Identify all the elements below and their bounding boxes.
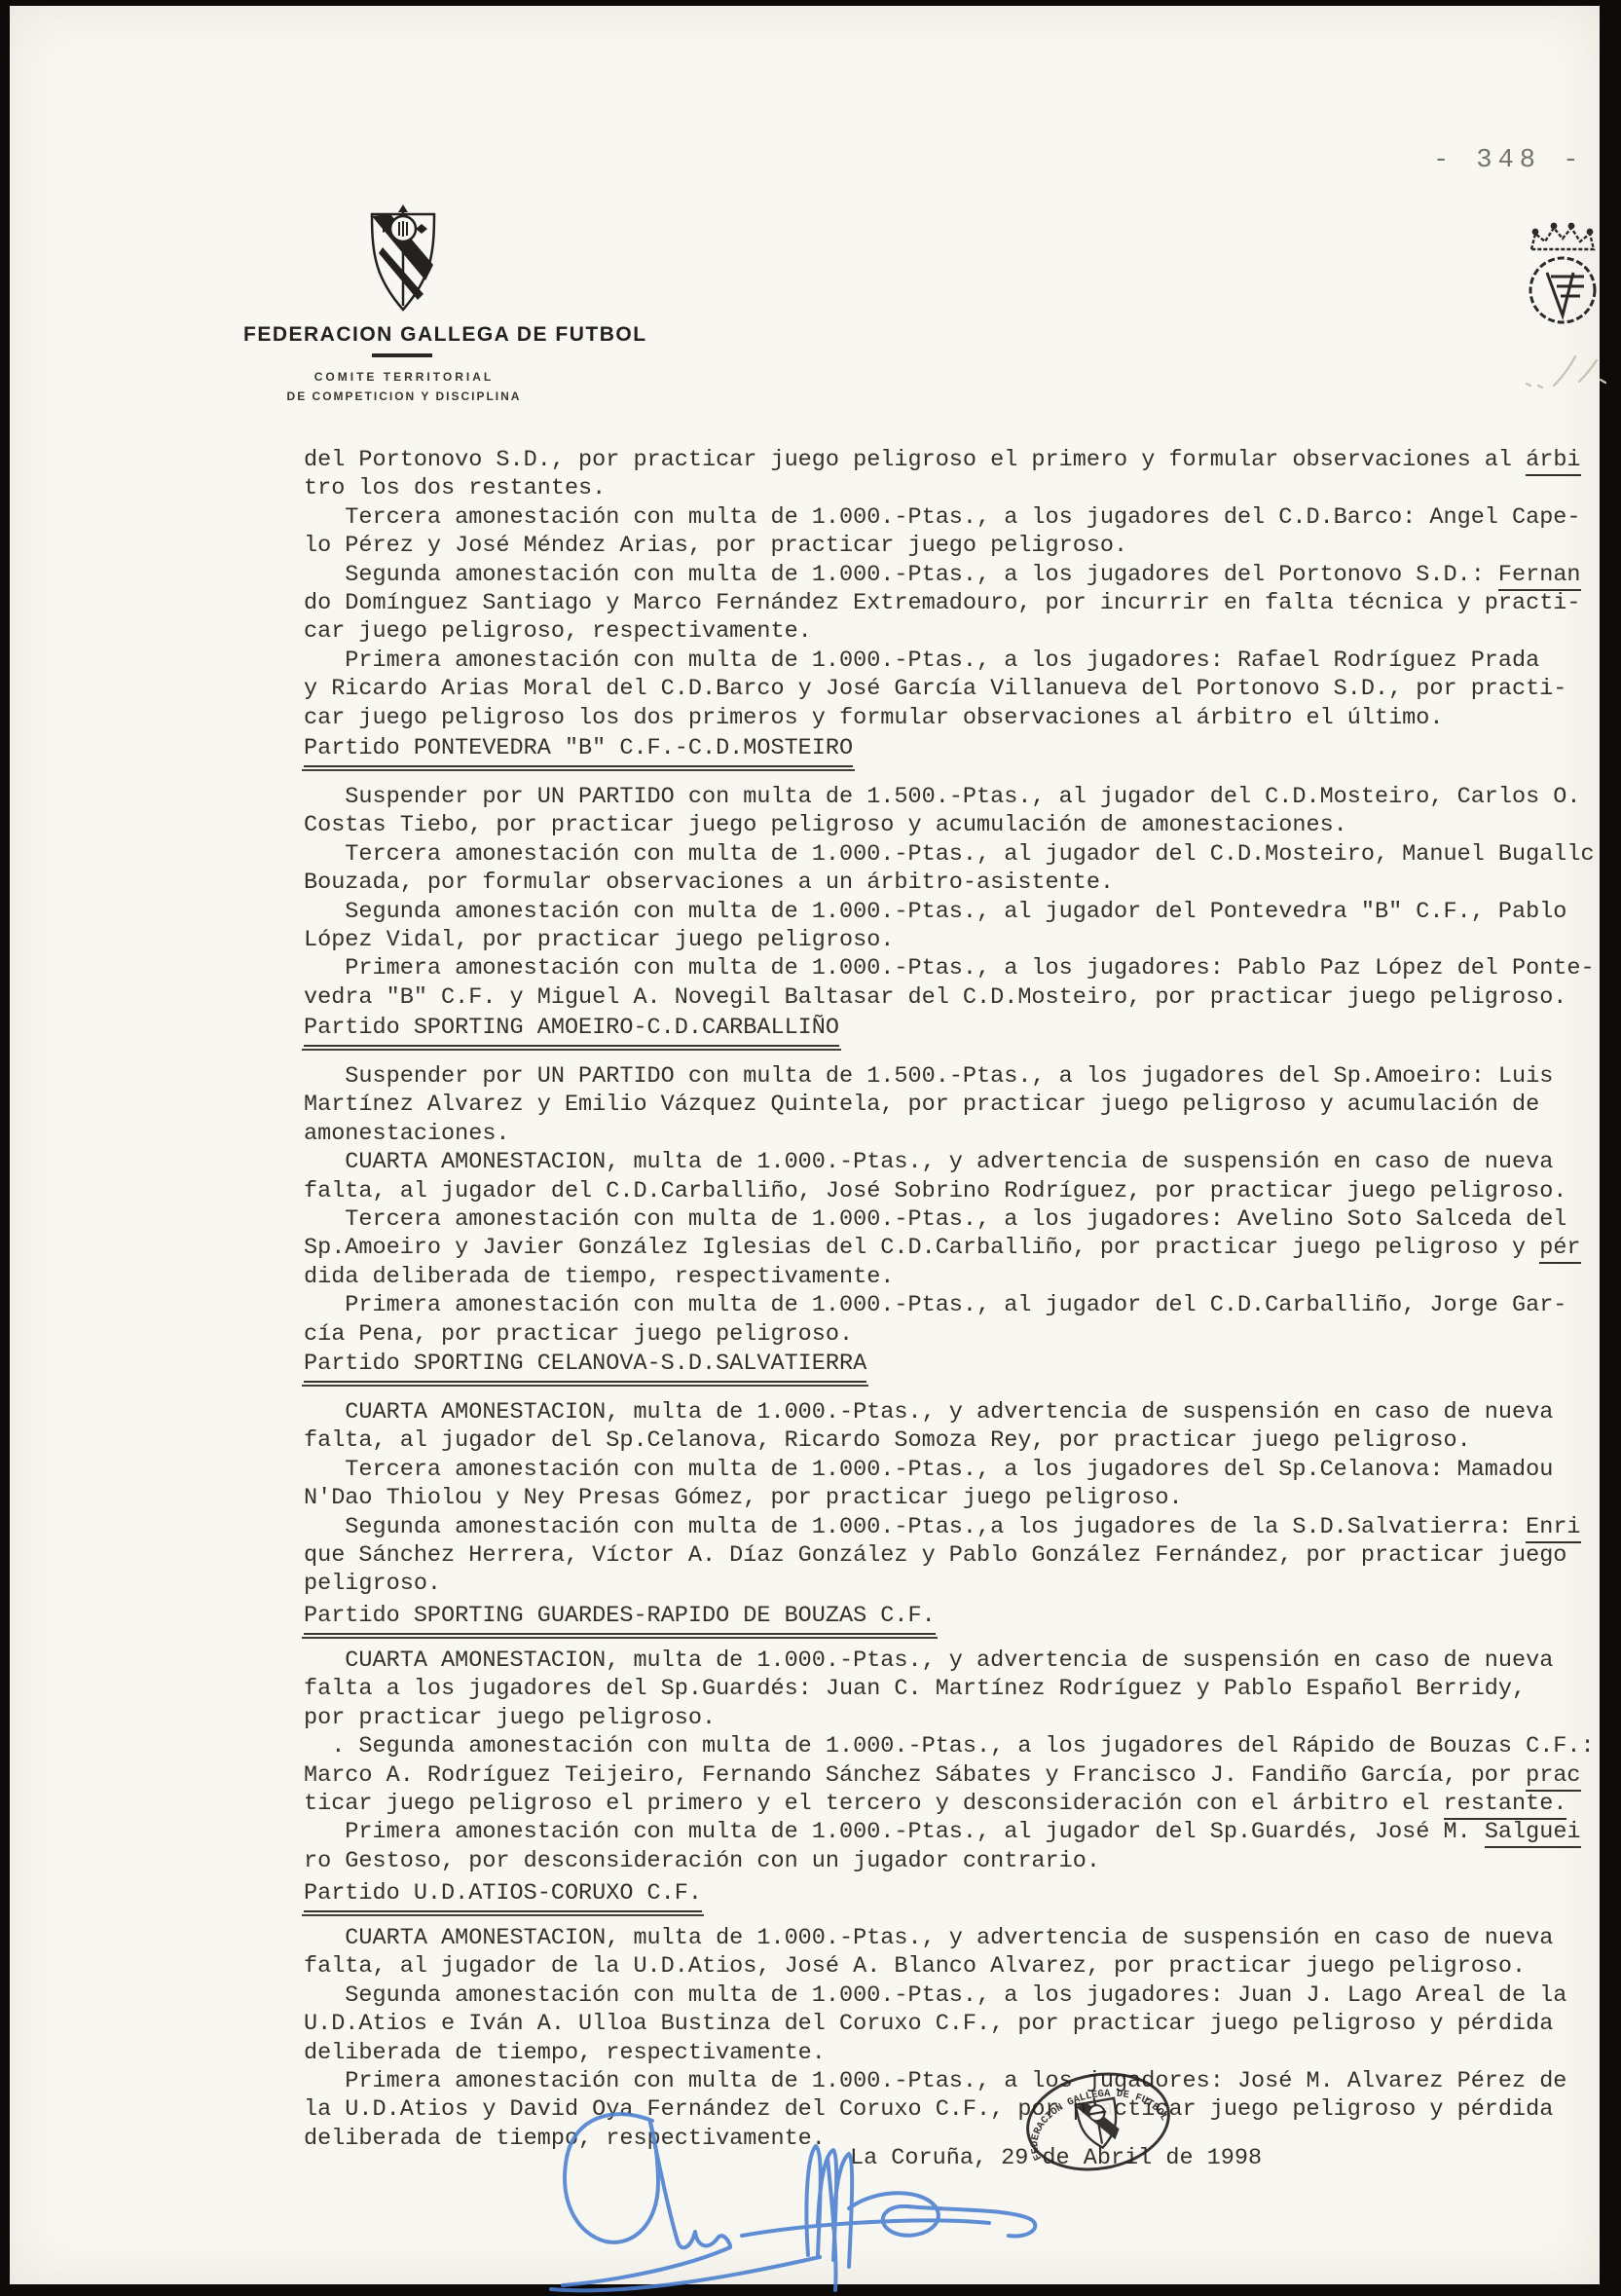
signatures: [487, 2060, 1110, 2296]
text-block-portonovo-continuation: del Portonovo S.D., por practicar juego …: [304, 446, 1608, 732]
text-block-guardes-rapido: CUARTA AMONESTACION, multa de 1.000.-Pta…: [304, 1647, 1608, 1875]
scanned-document: FEDERACION GALLEGA DE FUTBOL COMITE TERR…: [0, 0, 1621, 2296]
section-heading-pontevedra-mosteiro: Partido PONTEVEDRA "B" C.F.-C.D.MOSTEIRO: [304, 734, 853, 767]
section-heading-atios-coruxo: Partido U.D.ATIOS-CORUXO C.F.: [304, 1879, 702, 1912]
text-block-pontevedra-mosteiro: Suspender por UN PARTIDO con multa de 1.…: [304, 783, 1608, 1012]
header-rule: [372, 353, 432, 357]
signature-right: [742, 2146, 1035, 2290]
section-heading-guardes-rapido: Partido SPORTING GUARDES-RAPIDO DE BOUZA…: [304, 1602, 936, 1635]
handwritten-mark: [1521, 352, 1610, 393]
crowned-federation-emblem-icon: [1518, 222, 1607, 327]
org-name: FEDERACION GALLEGA DE FUTBOL: [243, 323, 565, 347]
paper-sheet: FEDERACION GALLEGA DE FUTBOL COMITE TERR…: [10, 6, 1600, 2284]
text-block-amoeiro-carballino: Suspender por UN PARTIDO con multa de 1.…: [304, 1062, 1608, 1349]
text-block-celanova-salvatierra: CUARTA AMONESTACION, multa de 1.000.-Pta…: [304, 1398, 1608, 1599]
section-heading-celanova-salvatierra: Partido SPORTING CELANOVA-S.D.SALVATIERR…: [304, 1350, 866, 1383]
committee-line1: COMITE TERRITORIAL: [243, 370, 565, 384]
federation-crest-icon: [365, 203, 441, 315]
page-number: - 348 -: [1433, 146, 1584, 175]
committee-line2: DE COMPETICION Y DISCIPLINA: [243, 389, 565, 403]
signature-left: [551, 2114, 820, 2290]
section-heading-amoeiro-carballino: Partido SPORTING AMOEIRO-C.D.CARBALLIÑO: [304, 1014, 839, 1047]
